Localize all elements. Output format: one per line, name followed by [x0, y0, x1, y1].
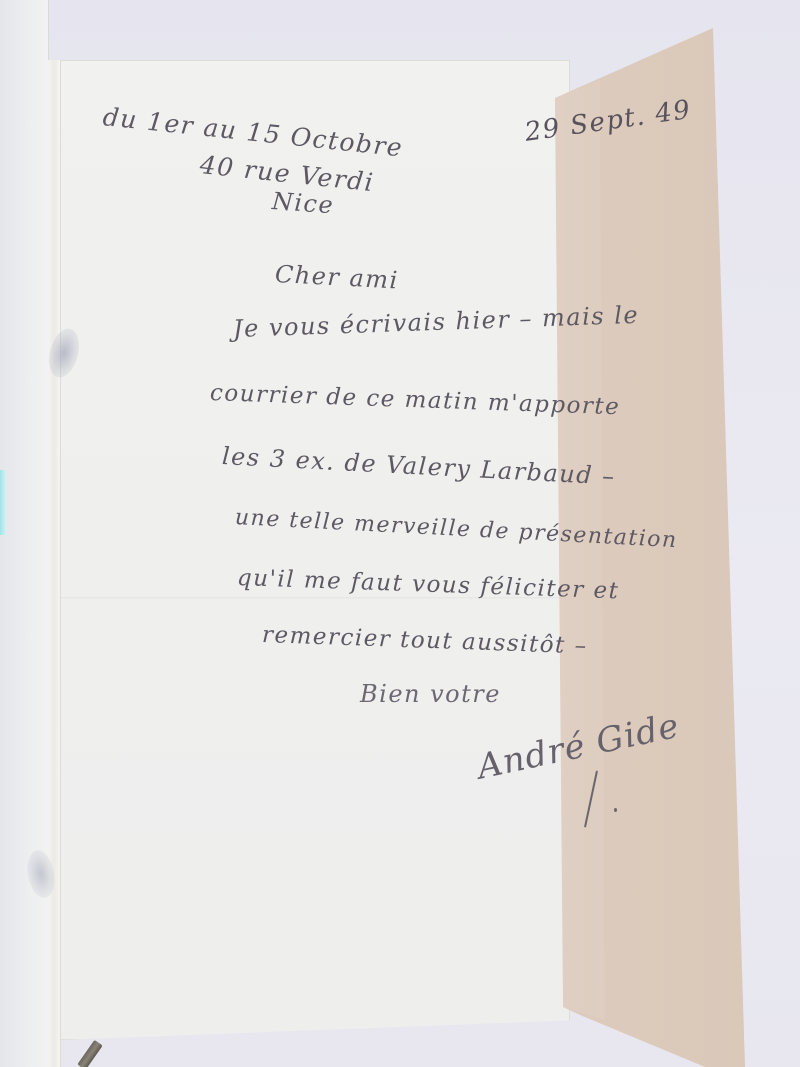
address-line-city: Nice	[271, 187, 335, 219]
cyan-bookmark-tab	[0, 470, 6, 535]
closing: Bien votre	[360, 680, 501, 708]
binding-strip	[48, 60, 61, 1067]
book-binding	[0, 0, 49, 1067]
signature-dot	[614, 808, 617, 812]
